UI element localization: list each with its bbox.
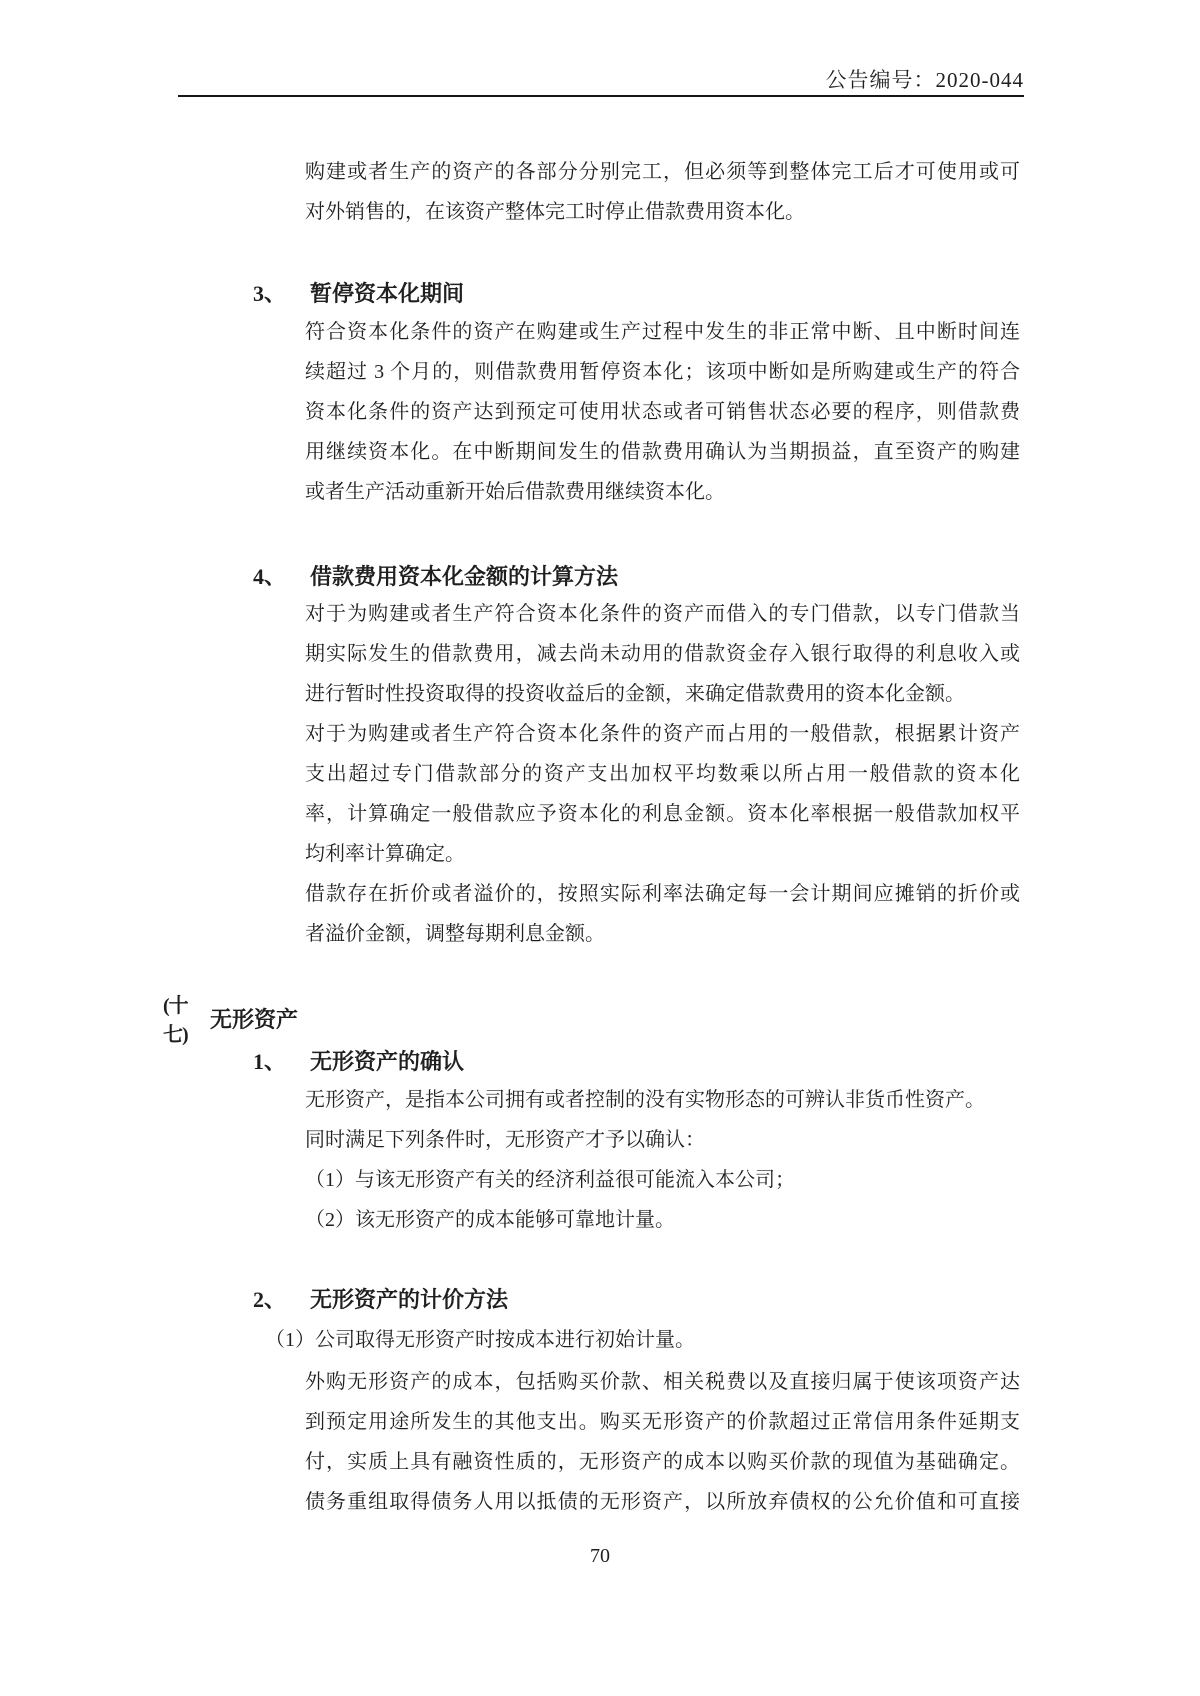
text-line: 均利率计算确定。 bbox=[305, 834, 1020, 874]
page-number: 70 bbox=[0, 1545, 1200, 1568]
text-line: 对外销售的，在该资产整体完工时停止借款费用资本化。 bbox=[305, 192, 1020, 232]
doc-number: 公告编号：2020-044 bbox=[826, 64, 1025, 94]
text-line: （2）该无形资产的成本能够可靠地计量。 bbox=[305, 1200, 1020, 1240]
section-17-1-heading: 1、 无形资产的确认 bbox=[253, 1040, 1024, 1080]
header-rule bbox=[178, 95, 1024, 97]
section-3-paragraph: 符合资本化条件的资产在购建或生产过程中发生的非正常中断、且中断时间连 续超过 3… bbox=[305, 312, 1020, 512]
section-number: 2、 bbox=[253, 1283, 310, 1314]
document-page: 公告编号：2020-044 购建或者生产的资产的各部分分别完工，但必须等到整体完… bbox=[0, 0, 1200, 1696]
section-17-2-heading: 2、 无形资产的计价方法 bbox=[253, 1278, 1024, 1318]
text-line: （1）公司取得无形资产时按成本进行初始计量。 bbox=[265, 1320, 1024, 1360]
text-line: 借款存在折价或者溢价的，按照实际利率法确定每一会计期间应摊销的折价或 bbox=[305, 874, 1020, 914]
text-line: （1）与该无形资产有关的经济利益很可能流入本公司； bbox=[305, 1160, 1020, 1200]
section-4-paragraph: 对于为购建或者生产符合资本化条件的资产而借入的专门借款，以专门借款当 期实际发生… bbox=[305, 594, 1020, 954]
text-line: 无形资产，是指本公司拥有或者控制的没有实物形态的可辨认非货币性资产。 bbox=[305, 1080, 1020, 1120]
section-number: (十七) bbox=[163, 989, 210, 1047]
text-line: 进行暂时性投资取得的投资收益后的金额，来确定借款费用的资本化金额。 bbox=[305, 674, 1020, 714]
text-line: 续超过 3 个月的，则借款费用暂停资本化；该项中断如是所购建或生产的符合 bbox=[305, 352, 1020, 392]
text-line: 支出超过专门借款部分的资产支出加权平均数乘以所占用一般借款的资本化 bbox=[305, 754, 1020, 794]
text-line: 到预定用途所发生的其他支出。购买无形资产的价款超过正常信用条件延期支 bbox=[305, 1402, 1020, 1442]
text-line: 率，计算确定一般借款应予资本化的利息金额。资本化率根据一般借款加权平 bbox=[305, 794, 1020, 834]
section-3-heading: 3、 暂停资本化期间 bbox=[253, 272, 1024, 312]
section-number: 3、 bbox=[253, 277, 310, 308]
text-line: 资本化条件的资产达到预定可使用状态或者可销售状态必要的程序，则借款费 bbox=[305, 392, 1020, 432]
section-title: 暂停资本化期间 bbox=[310, 277, 464, 308]
text-line: 对于为购建或者生产符合资本化条件的资产而占用的一般借款，根据累计资产 bbox=[305, 714, 1020, 754]
section-number: 1、 bbox=[253, 1045, 310, 1076]
section-17-2-item-1: （1）公司取得无形资产时按成本进行初始计量。 bbox=[265, 1320, 1024, 1360]
section-title: 无形资产的计价方法 bbox=[310, 1283, 508, 1314]
text-line: 同时满足下列条件时，无形资产才予以确认： bbox=[305, 1120, 1020, 1160]
text-line: 者溢价金额，调整每期利息金额。 bbox=[305, 914, 1020, 954]
text-line: 符合资本化条件的资产在购建或生产过程中发生的非正常中断、且中断时间连 bbox=[305, 312, 1020, 352]
section-title: 无形资产 bbox=[210, 1003, 298, 1034]
section-17-1-paragraph: 无形资产，是指本公司拥有或者控制的没有实物形态的可辨认非货币性资产。 同时满足下… bbox=[305, 1080, 1020, 1240]
text-line: 对于为购建或者生产符合资本化条件的资产而借入的专门借款，以专门借款当 bbox=[305, 594, 1020, 634]
section-number: 4、 bbox=[253, 560, 310, 591]
section-17-2-paragraph: 外购无形资产的成本，包括购买价款、相关税费以及直接归属于使该项资产达 到预定用途… bbox=[305, 1362, 1020, 1522]
text-line: 或者生产活动重新开始后借款费用继续资本化。 bbox=[305, 472, 1020, 512]
text-line: 外购无形资产的成本，包括购买价款、相关税费以及直接归属于使该项资产达 bbox=[305, 1362, 1020, 1402]
section-17-heading: (十七) 无形资产 bbox=[163, 998, 1024, 1038]
section-title: 借款费用资本化金额的计算方法 bbox=[310, 560, 618, 591]
text-line: 付，实质上具有融资性质的，无形资产的成本以购买价款的现值为基础确定。 bbox=[305, 1442, 1020, 1482]
section-4-heading: 4、 借款费用资本化金额的计算方法 bbox=[253, 555, 1024, 595]
text-line: 期实际发生的借款费用，减去尚未动用的借款资金存入银行取得的利息收入或 bbox=[305, 634, 1020, 674]
text-line: 债务重组取得债务人用以抵债的无形资产，以所放弃债权的公允价值和可直接 bbox=[305, 1482, 1020, 1522]
section-title: 无形资产的确认 bbox=[310, 1045, 464, 1076]
text-line: 用继续资本化。在中断期间发生的借款费用确认为当期损益，直至资产的购建 bbox=[305, 432, 1020, 472]
text-line: 购建或者生产的资产的各部分分别完工，但必须等到整体完工后才可使用或可 bbox=[305, 152, 1020, 192]
intro-paragraph: 购建或者生产的资产的各部分分别完工，但必须等到整体完工后才可使用或可 对外销售的… bbox=[305, 152, 1020, 232]
